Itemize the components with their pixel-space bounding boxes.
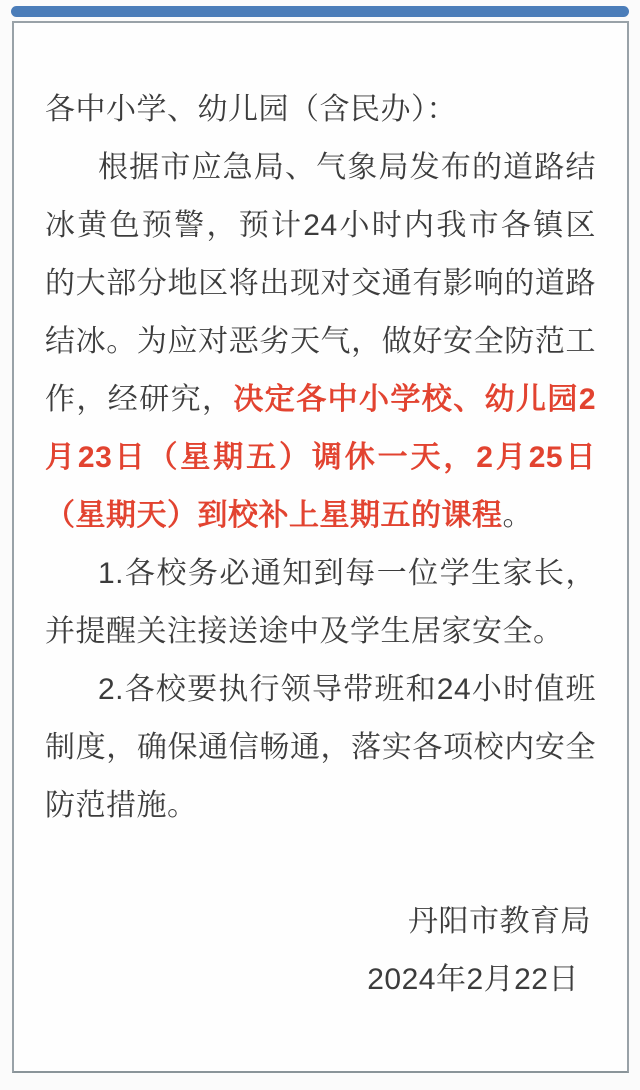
salutation: 各中小学、幼儿园（含民办）：: [45, 81, 596, 139]
paragraph-lead-text: 根据市应急局、气象局发布的道路结冰黄色预警，预计24小时内我市各镇区的大部分地区…: [45, 151, 596, 416]
notice-date: 2024年2月22日: [45, 951, 596, 1009]
notice-item-2: 2.各校要执行领导带班和24小时值班制度，确保通信畅通，落实各项校内安全防范措施…: [45, 661, 596, 835]
notice-box: 各中小学、幼儿园（含民办）： 根据市应急局、气象局发布的道路结冰黄色预警，预计2…: [12, 21, 629, 1073]
body-paragraph: 根据市应急局、气象局发布的道路结冰黄色预警，预计24小时内我市各镇区的大部分地区…: [45, 139, 596, 545]
top-accent-bar: [11, 6, 629, 17]
notice-item-1: 1.各校务必通知到每一位学生家长，并提醒关注接送途中及学生居家安全。: [45, 545, 596, 661]
paragraph-end-period: 。: [503, 499, 534, 532]
signature: 丹阳市教育局: [45, 893, 596, 951]
